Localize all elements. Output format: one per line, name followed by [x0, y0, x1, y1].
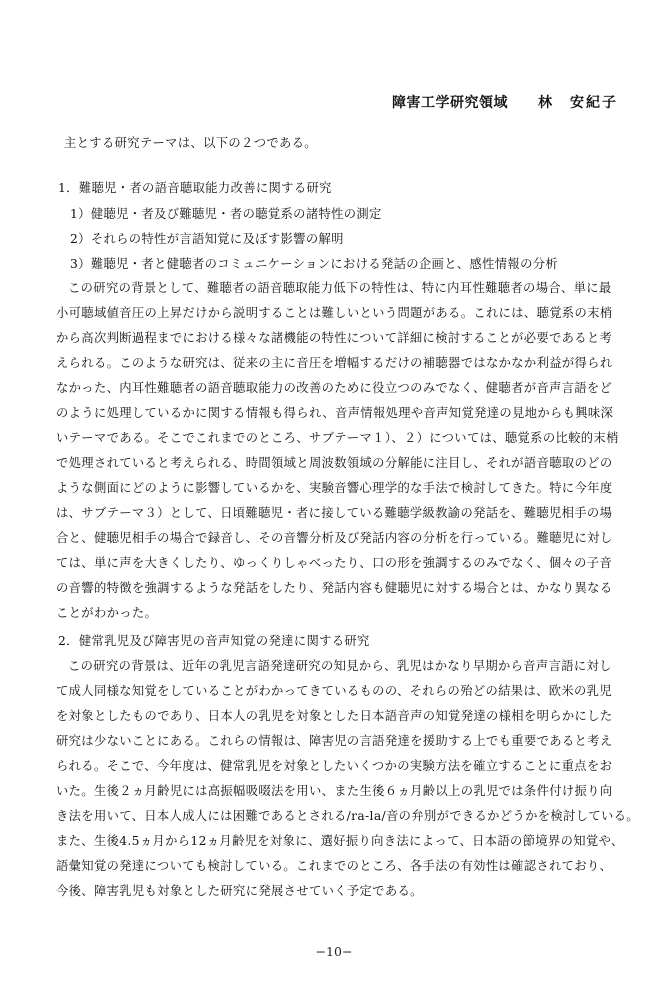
- section-1-paragraph-line: 合と、健聴児相手の場合で録音し、その音響分析及び発話内容の分析を行っている。難聴…: [56, 531, 612, 545]
- author-name: 林 安紀子: [538, 95, 618, 111]
- section-1-paragraph-line: のように処理しているかに関する情報も得られ、音声情報処理や音声知覚発達の見地から…: [56, 406, 613, 420]
- section-1-paragraph-line: えられる。このような研究は、従来の主に音圧を増幅するだけの補聴器ではなかなか利益…: [56, 356, 612, 370]
- page-number: −10−: [0, 944, 668, 959]
- section-2-heading: 2．健常乳児及び障害児の音声知覚の発達に関する研究: [58, 634, 370, 648]
- section-2-paragraph-line: て成人同様な知覚をしていることがわかってきているものの、それらの殆どの結果は、欧…: [56, 684, 612, 698]
- section-1-heading: 1．難聴児・者の語音聴取能力改善に関する研究: [58, 181, 332, 195]
- section-2-paragraph-line: この研究の背景は、近年の乳児言語発達研究の知見から、乳児はかなり早期から音声言語…: [68, 659, 612, 673]
- section-1-paragraph-line: の音響的特徴を強調するような発話をしたり、発話内容も健聴児に対する場合とは、かな…: [56, 581, 612, 595]
- section-2-paragraph-line: 今後、障害乳児も対象とした研究に発展させていく予定である。: [56, 884, 423, 898]
- section-1-paragraph-line: は、サブテーマ３）として、日頃難聴児・者に接している難聴学級教諭の発話を、難聴児…: [56, 506, 612, 520]
- section-2-paragraph-line: 語彙知覚の発達についても検討している。これまでのところ、各手法の有効性は確認され…: [56, 859, 612, 873]
- document-page: 障害工学研究領域林 安紀子 主とする研究テーマは、以下の２つである。 1．難聴児…: [0, 0, 668, 1008]
- section-1-paragraph-line: いテーマである。そこでこれまでのところ、サブテーマ１）、２）については、聴覚系の…: [56, 431, 619, 445]
- section-2-paragraph-line: 研究は少ないことにある。これらの情報は、障害児の言語発達を援助する上でも重要であ…: [56, 734, 612, 748]
- section-2-paragraph-line: られる。そこで、今年度は、健常乳児を対象としたいくつかの実験方法を確立することに…: [56, 759, 612, 773]
- section-2-paragraph-line: き法を用いて、日本人成人には困難であるとされる/ra-la/音の弁別ができるかど…: [56, 809, 639, 823]
- section-1-paragraph-line: この研究の背景として、難聴者の語音聴取能力低下の特性は、特に内耳性難聴者の場合、…: [68, 281, 612, 295]
- subtheme-1: 1）健聴児・者及び難聴児・者の聴覚系の諸特性の測定: [70, 207, 382, 221]
- section-1-paragraph-line: で処理されていると考えられる、時間領域と周波数領域の分解能に注目し、それが語音聴…: [56, 456, 612, 470]
- section-1-paragraph-line: 小可聴域値音圧の上昇だけから説明することは難しいという問題がある。これには、聴覚…: [56, 306, 612, 320]
- section-2-paragraph-line: また、生後4.5ヵ月から12ヵ月齢児を対象に、選好振り向き法によって、日本語の節…: [56, 834, 624, 848]
- intro-text: 主とする研究テーマは、以下の２つである。: [64, 136, 317, 150]
- section-2-paragraph-line: を対象としたものであり、日本人の乳児を対象とした日本語音声の知覚発達の様相を明ら…: [56, 709, 612, 723]
- section-1-paragraph-line: ことがわかった。: [56, 606, 157, 620]
- section-1-paragraph-line: から高次判断過程までにおける様々な諸機能の特性について詳細に検討することが必要で…: [56, 331, 612, 345]
- section-1-paragraph-line: なかった、内耳性難聴者の語音聴取能力の改善のために役立つのみでなく、健聴者が音声…: [56, 381, 612, 395]
- department-label: 障害工学研究領域: [392, 95, 508, 111]
- subtheme-3: 3）難聴児・者と健聴者のコミュニケーションにおける発話の企画と、感性情報の分析: [70, 257, 558, 271]
- section-1-paragraph-line: ては、単に声を大きくしたり、ゆっくりしゃべったり、口の形を強調するのみでなく、個…: [56, 556, 612, 570]
- section-2-paragraph-line: いた。生後２ヵ月齢児には高振幅吸啜法を用い、また生後６ヵ月齢以上の乳児では条件付…: [56, 784, 612, 798]
- page-header: 障害工学研究領域林 安紀子: [392, 92, 618, 112]
- section-1-paragraph-line: ような側面にどのように影響しているかを、実験音響心理学的な手法で検討してきた。特…: [56, 481, 612, 495]
- subtheme-2: 2）それらの特性が言語知覚に及ぼす影響の解明: [70, 232, 344, 246]
